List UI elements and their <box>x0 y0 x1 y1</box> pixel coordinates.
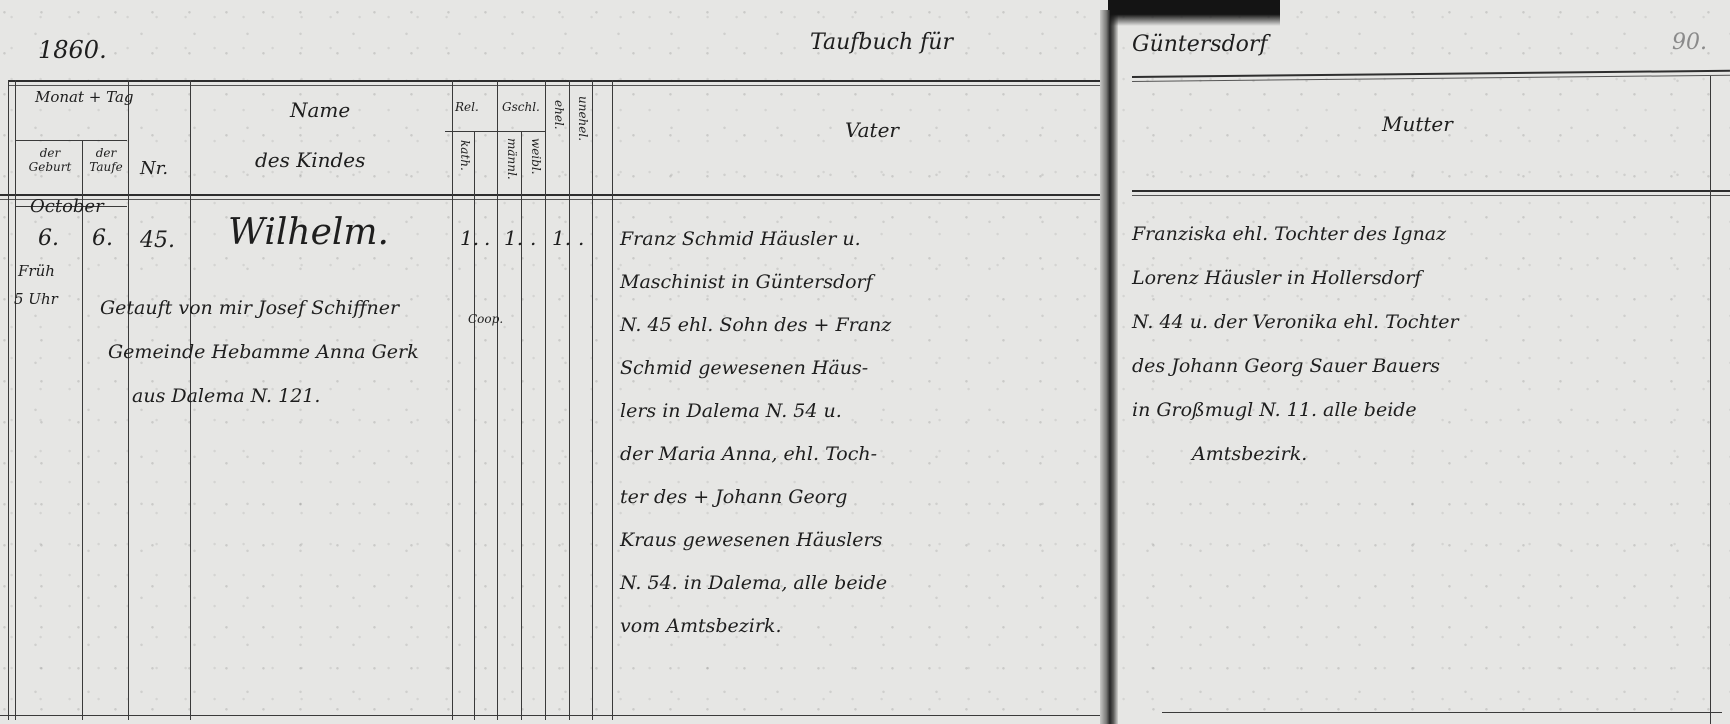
entry-child-name: Wilhelm. <box>228 212 389 253</box>
father-line: N. 45 ehl. Sohn des + Franz <box>620 304 891 347</box>
father-line: vom Amtsbezirk. <box>620 605 891 648</box>
header-name-line2: des Kindes <box>255 148 365 172</box>
baptism-note-line: aus Dalema N. 121. <box>100 374 419 418</box>
register-title-right: Güntersdorf <box>1132 32 1268 57</box>
baptism-note: Getauft von mir Josef Schiffner Gemeinde… <box>100 286 419 418</box>
col-rule <box>8 80 9 720</box>
entry-month: October <box>30 196 104 217</box>
rel-gschl-subheader-rule <box>445 131 545 132</box>
col-rule <box>521 131 522 720</box>
father-line: lers in Dalema N. 54 u. <box>620 390 891 433</box>
baptism-note-superscript: Coop. <box>468 312 503 326</box>
header-bottom-rule <box>0 194 1100 196</box>
father-line: Schmid gewesenen Häus- <box>620 347 891 390</box>
father-line: Franz Schmid Häusler u. <box>620 218 891 261</box>
mother-line: Lorenz Häusler in Hollersdorf <box>1132 256 1459 300</box>
mark-religion-kath: 1. <box>460 226 479 250</box>
baptism-note-line: Getauft von mir Josef Schiffner <box>100 286 419 330</box>
father-line: N. 54. in Dalema, alle beide <box>620 562 891 605</box>
father-line: Maschinist in Güntersdorf <box>620 261 891 304</box>
year-label: 1860. <box>38 36 107 64</box>
gutter-top-shadow <box>1110 0 1280 26</box>
header-vater: Vater <box>845 118 899 142</box>
entry-baptism-day: 6. <box>92 226 113 251</box>
baptism-note-line: Gemeinde Hebamme Anna Gerk <box>100 330 419 374</box>
mark-dot: . <box>578 226 584 250</box>
header-geschlecht: Gschl. <box>502 100 540 114</box>
father-entry: Franz Schmid Häusler u. Maschinist in Gü… <box>620 218 891 648</box>
col-rule <box>497 80 498 720</box>
entry-number: 45. <box>140 228 175 253</box>
left-page: 1860. Taufbuch für Monat + Tag der Gebur… <box>0 0 1108 724</box>
father-line: der Maria Anna, ehl. Toch- <box>620 433 891 476</box>
header-top-rule <box>1132 70 1730 78</box>
page-bottom-rule <box>0 715 1100 716</box>
header-religion: Rel. <box>455 100 479 114</box>
col-rule <box>612 80 613 720</box>
header-geschlecht-female: weibl. <box>529 138 543 175</box>
col-rule <box>1710 76 1711 724</box>
father-line: ter des + Johann Georg <box>620 476 891 519</box>
header-der-taufe: der Taufe <box>86 146 126 174</box>
col-rule <box>592 80 593 720</box>
header-bottom-rule <box>1132 190 1730 192</box>
mark-dot: . <box>530 226 536 250</box>
mother-line: Franziska ehl. Tochter des Ignaz <box>1132 212 1459 256</box>
mother-line: Amtsbezirk. <box>1132 432 1459 476</box>
mother-entry: Franziska ehl. Tochter des Ignaz Lorenz … <box>1132 212 1459 476</box>
entry-birth-time-1: Früh <box>18 262 55 280</box>
entry-birth-day: 6. <box>38 226 59 251</box>
mark-dot: . <box>484 226 490 250</box>
mother-line: in Großmugl N. 11. alle beide <box>1132 388 1459 432</box>
header-nr: Nr. <box>140 158 168 179</box>
entry-birth-time-2: 5 Uhr <box>14 290 58 308</box>
header-top-rule <box>8 80 1100 82</box>
header-religion-sub: kath. <box>458 140 472 171</box>
open-register-book: 1860. Taufbuch für Monat + Tag der Gebur… <box>0 0 1730 724</box>
date-subheader-rule <box>15 140 127 141</box>
col-rule <box>82 140 83 720</box>
mother-line: N. 44 u. der Veronika ehl. Tochter <box>1132 300 1459 344</box>
col-rule <box>15 80 16 720</box>
father-line: Kraus gewesenen Häuslers <box>620 519 891 562</box>
header-ehelich: ehel. <box>552 100 566 130</box>
register-title-left: Taufbuch für <box>810 30 953 55</box>
col-rule <box>452 80 453 720</box>
mother-line: des Johann Georg Sauer Bauers <box>1132 344 1459 388</box>
col-rule <box>569 80 570 720</box>
header-monat-tag: Monat + Tag <box>35 88 134 106</box>
book-gutter <box>1100 10 1118 724</box>
page-bottom-rule <box>1162 712 1722 713</box>
col-rule <box>474 131 475 720</box>
col-rule <box>545 80 546 720</box>
header-geschlecht-male: männl. <box>505 138 519 180</box>
right-page: Güntersdorf 90. Mutter Franziska ehl. To… <box>1112 0 1730 724</box>
header-mutter: Mutter <box>1382 112 1453 136</box>
mark-male: 1. <box>504 226 523 250</box>
page-number: 90. <box>1672 30 1707 55</box>
header-name-line1: Name <box>290 98 350 122</box>
mark-ehelich: 1. <box>552 226 571 250</box>
header-der-geburt: der Geburt <box>18 146 82 174</box>
header-unehelich: unehel. <box>576 96 590 141</box>
